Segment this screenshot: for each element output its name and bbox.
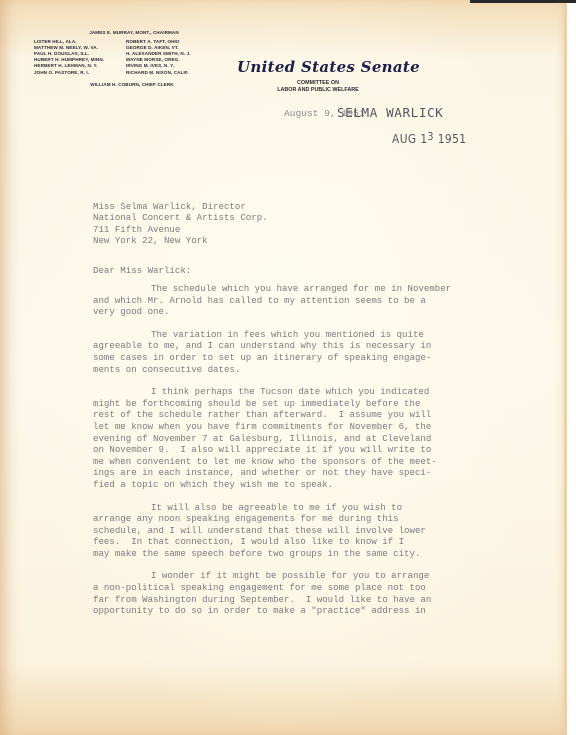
chairman: JAMES E. MURRAY, MONT., CHAIRMAN xyxy=(34,30,224,36)
committee-line-2: LABOR AND PUBLIC WELFARE xyxy=(258,87,378,94)
committee-roster: JAMES E. MURRAY, MONT., CHAIRMAN LISTER … xyxy=(34,30,224,88)
roster-left-column: LISTER HILL, ALA. MATTHEW M. NEELY, W. V… xyxy=(34,39,126,76)
received-stamp-prefix: AUG 1 xyxy=(392,131,428,146)
body-line: ments on consecutive dates. xyxy=(93,364,240,375)
body-line: I wonder if it might be possible for you… xyxy=(151,570,429,581)
paragraph-4: It will also be agreeable to me if you w… xyxy=(93,502,513,560)
body-line: far from Washington during September. I … xyxy=(93,594,431,605)
committee-line-1: COMMITTEE ON xyxy=(258,80,378,87)
letter-page: JAMES E. MURRAY, MONT., CHAIRMAN LISTER … xyxy=(0,0,565,735)
body-line: The variation in fees which you mentione… xyxy=(151,329,424,340)
senate-title: United States Senate xyxy=(237,58,420,76)
body-line: rest of the schedule rather than afterwa… xyxy=(93,409,431,420)
body-line: I think perhaps the Tucson date which yo… xyxy=(151,386,429,397)
body-line: might be forthcoming should be set up im… xyxy=(93,398,420,409)
body-line: arrange any noon speaking engagements fo… xyxy=(93,513,399,524)
recipient-stamp: SELMA WARLICK xyxy=(337,105,443,120)
paragraph-3: I think perhaps the Tucson date which yo… xyxy=(93,386,513,490)
body-line: ings are in each instance, and whether o… xyxy=(93,467,431,478)
received-stamp-day-digit: 3 xyxy=(428,130,434,143)
roster-member: RICHARD M. NIXON, CALIF. xyxy=(126,70,218,76)
salutation: Dear Miss Warlick: xyxy=(93,265,191,276)
roster-member: JOHN O. PASTORE, R. I. xyxy=(34,70,126,76)
body-line: and which Mr. Arnold has called to my at… xyxy=(93,295,426,306)
body-line: may make the same speech before two grou… xyxy=(93,548,420,559)
body-line: The schedule which you have arranged for… xyxy=(151,283,451,294)
letter-body: The schedule which you have arranged for… xyxy=(93,283,513,628)
committee-name: COMMITTEE ON LABOR AND PUBLIC WELFARE xyxy=(258,80,378,94)
body-line: fied a topic on which they wish me to sp… xyxy=(93,479,333,490)
inside-address: Miss Selma Warlick, Director National Co… xyxy=(93,201,268,246)
body-line: a non-political speaking engagement for … xyxy=(93,582,426,593)
body-line: agreeable to me, and I can understand wh… xyxy=(93,340,431,351)
body-line: on November 9. I also will appreciate it… xyxy=(93,444,431,455)
received-date-stamp: AUG 13 1951 xyxy=(392,131,466,146)
paragraph-5: I wonder if it might be possible for you… xyxy=(93,570,513,616)
body-line: me when convenient to let me know who th… xyxy=(93,456,437,467)
body-line: very good one. xyxy=(93,306,169,317)
body-line: let me know when you have firm commitmen… xyxy=(93,421,431,432)
address-line: New York 22, New York xyxy=(93,235,268,246)
paragraph-2: The variation in fees which you mentione… xyxy=(93,329,513,375)
body-line: fees. In that connection, I would also l… xyxy=(93,536,404,547)
address-line: 711 Fifth Avenue xyxy=(93,224,268,235)
roster-right-column: ROBERT A. TAFT, OHIO GEORGE D. AIKEN, VT… xyxy=(126,39,218,76)
body-line: evening of November 7 at Galesburg, Illi… xyxy=(93,433,431,444)
body-line: It will also be agreeable to me if you w… xyxy=(151,502,402,513)
body-line: some cases in order to set up an itinera… xyxy=(93,352,431,363)
address-line: Miss Selma Warlick, Director xyxy=(93,201,268,212)
paragraph-1: The schedule which you have arranged for… xyxy=(93,283,513,318)
body-line: schedule, and I will understand that the… xyxy=(93,525,426,536)
received-stamp-year: 1951 xyxy=(434,131,467,146)
body-line: opportunity to do so in order to make a … xyxy=(93,605,426,616)
address-line: National Concert & Artists Corp. xyxy=(93,212,268,223)
scan-edge-shadow xyxy=(470,0,576,3)
scan-margin xyxy=(567,0,576,735)
chief-clerk: WILLIAM H. COBURN, CHIEF CLERK xyxy=(34,82,224,88)
